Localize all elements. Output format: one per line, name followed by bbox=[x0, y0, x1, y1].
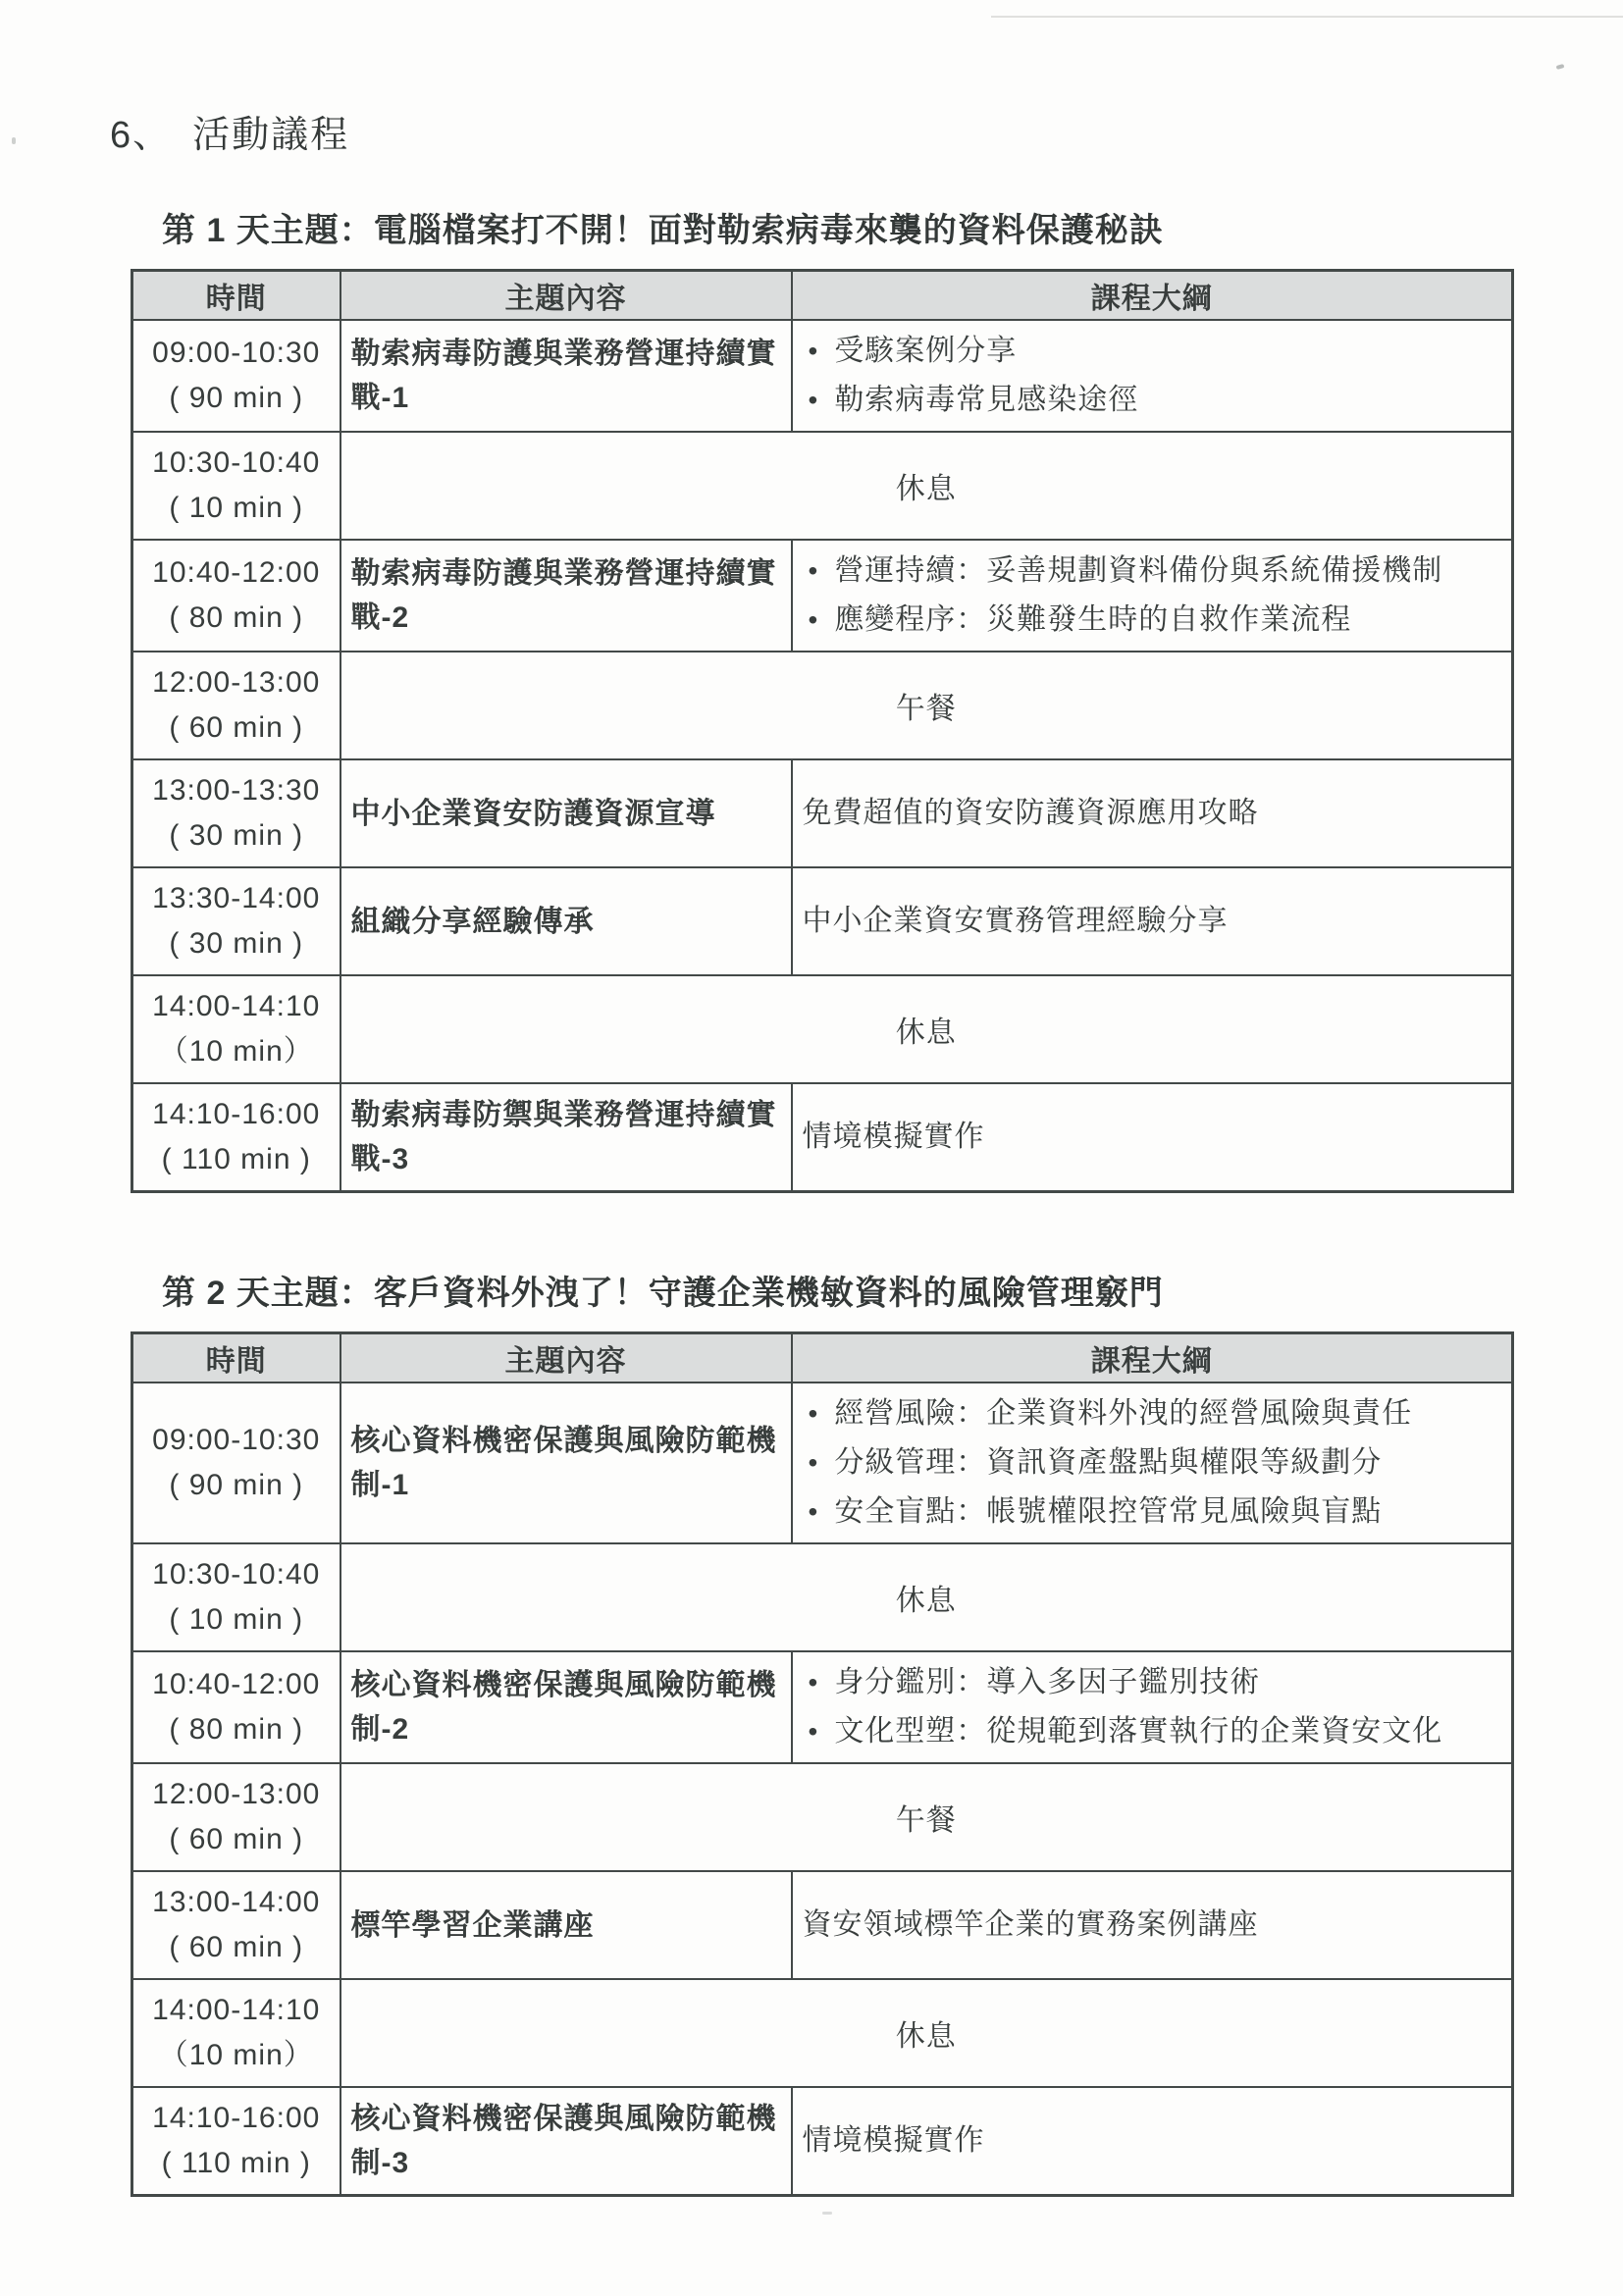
break-cell: 休息 bbox=[340, 1543, 1513, 1651]
time-range: 14:10-16:00 bbox=[143, 1092, 330, 1137]
column-header-topic: 主題內容 bbox=[340, 271, 792, 321]
break-cell: 休息 bbox=[340, 975, 1513, 1083]
time-cell: 10:40-12:00 ( 80 min ) bbox=[132, 1651, 340, 1763]
agenda-row: 14:10-16:00 ( 110 min ) 勒索病毒防禦與業務營運持續實戰-… bbox=[132, 1083, 1513, 1192]
time-cell: 13:30-14:00 ( 30 min ) bbox=[132, 867, 340, 975]
time-cell: 12:00-13:00 ( 60 min ) bbox=[132, 1763, 340, 1871]
time-cell: 13:00-14:00 ( 60 min ) bbox=[132, 1871, 340, 1979]
topic-cell: 勒索病毒防護與業務營運持續實戰-2 bbox=[340, 540, 792, 652]
day2-agenda-table: 時間 主題內容 課程大綱 09:00-10:30 ( 90 min ) 核心資料… bbox=[131, 1331, 1514, 2197]
time-duration: ( 60 min ) bbox=[143, 1817, 330, 1862]
day2-section: 第 2 天主題：客戶資料外洩了！守護企業機敏資料的風險管理竅門 時間 主題內容 … bbox=[110, 1266, 1511, 2197]
time-cell: 09:00-10:30 ( 90 min ) bbox=[132, 320, 340, 432]
time-duration: ( 10 min ) bbox=[143, 1597, 330, 1643]
time-duration: ( 30 min ) bbox=[143, 813, 330, 859]
outline-cell: 營運持續：妥善規劃資料備份與系統備援機制 應變程序：災難發生時的自救作業流程 bbox=[792, 540, 1513, 652]
topic-cell: 勒索病毒防禦與業務營運持續實戰-3 bbox=[340, 1083, 792, 1192]
time-range: 10:30-10:40 bbox=[143, 1552, 330, 1597]
time-duration: ( 60 min ) bbox=[143, 705, 330, 751]
topic-cell: 核心資料機密保護與風險防範機制-2 bbox=[340, 1651, 792, 1763]
topic-cell: 標竿學習企業講座 bbox=[340, 1871, 792, 1979]
agenda-row-break: 12:00-13:00 ( 60 min ) 午餐 bbox=[132, 652, 1513, 759]
column-header-topic: 主題內容 bbox=[340, 1333, 792, 1383]
break-cell: 休息 bbox=[340, 1979, 1513, 2087]
topic-cell: 中小企業資安防護資源宣導 bbox=[340, 759, 792, 867]
topic-cell: 組織分享經驗傳承 bbox=[340, 867, 792, 975]
time-duration: ( 110 min ) bbox=[143, 2141, 330, 2186]
agenda-row-break: 12:00-13:00 ( 60 min ) 午餐 bbox=[132, 1763, 1513, 1871]
outline-cell: 免費超值的資安防護資源應用攻略 bbox=[792, 759, 1513, 867]
outline-cell: 情境模擬實作 bbox=[792, 1083, 1513, 1192]
agenda-row: 09:00-10:30 ( 90 min ) 核心資料機密保護與風險防範機制-1… bbox=[132, 1383, 1513, 1543]
table-header-row: 時間 主題內容 課程大綱 bbox=[132, 1333, 1513, 1383]
column-header-time: 時間 bbox=[132, 271, 340, 321]
time-cell: 14:00-14:10 （10 min） bbox=[132, 975, 340, 1083]
outline-bullet: 經營風險：企業資料外洩的經營風險與責任 bbox=[803, 1389, 1502, 1438]
page-title: 6、 活動議程 bbox=[110, 104, 1511, 158]
time-duration: ( 90 min ) bbox=[143, 376, 330, 421]
time-range: 10:40-12:00 bbox=[143, 550, 330, 596]
agenda-row: 13:30-14:00 ( 30 min ) 組織分享經驗傳承 中小企業資安實務… bbox=[132, 867, 1513, 975]
outline-bullet: 勒索病毒常見感染途徑 bbox=[803, 376, 1502, 425]
time-duration: ( 10 min ) bbox=[143, 486, 330, 531]
day1-section: 第 1 天主題：電腦檔案打不開！面對勒索病毒來襲的資料保護秘訣 時間 主題內容 … bbox=[110, 203, 1511, 1193]
time-range: 13:00-14:00 bbox=[143, 1880, 330, 1925]
time-duration: ( 110 min ) bbox=[143, 1137, 330, 1182]
time-range: 09:00-10:30 bbox=[143, 331, 330, 376]
agenda-row: 09:00-10:30 ( 90 min ) 勒索病毒防護與業務營運持續實戰-1… bbox=[132, 320, 1513, 432]
time-range: 13:30-14:00 bbox=[143, 876, 330, 921]
topic-cell: 核心資料機密保護與風險防範機制-1 bbox=[340, 1383, 792, 1543]
scan-artifact-speck bbox=[822, 2212, 832, 2215]
agenda-row-break: 14:00-14:10 （10 min） 休息 bbox=[132, 975, 1513, 1083]
time-cell: 12:00-13:00 ( 60 min ) bbox=[132, 652, 340, 759]
time-range: 13:00-13:30 bbox=[143, 768, 330, 813]
break-cell: 午餐 bbox=[340, 652, 1513, 759]
outline-cell: 身分鑑別：導入多因子鑑別技術 文化型塑：從規範到落實執行的企業資安文化 bbox=[792, 1651, 1513, 1763]
agenda-row-break: 14:00-14:10 （10 min） 休息 bbox=[132, 1979, 1513, 2087]
time-duration: （10 min） bbox=[143, 1029, 330, 1074]
break-cell: 午餐 bbox=[340, 1763, 1513, 1871]
agenda-row: 13:00-14:00 ( 60 min ) 標竿學習企業講座 資安領域標竿企業… bbox=[132, 1871, 1513, 1979]
outline-cell: 資安領域標竿企業的實務案例講座 bbox=[792, 1871, 1513, 1979]
agenda-row: 10:40-12:00 ( 80 min ) 核心資料機密保護與風險防範機制-2… bbox=[132, 1651, 1513, 1763]
time-range: 10:30-10:40 bbox=[143, 441, 330, 486]
column-header-time: 時間 bbox=[132, 1333, 340, 1383]
outline-bullet: 應變程序：災難發生時的自救作業流程 bbox=[803, 596, 1502, 645]
time-cell: 14:10-16:00 ( 110 min ) bbox=[132, 2087, 340, 2196]
agenda-row: 10:40-12:00 ( 80 min ) 勒索病毒防護與業務營運持續實戰-2… bbox=[132, 540, 1513, 652]
table-header-row: 時間 主題內容 課程大綱 bbox=[132, 271, 1513, 321]
outline-bullet: 營運持續：妥善規劃資料備份與系統備援機制 bbox=[803, 547, 1502, 596]
scan-artifact-speck bbox=[12, 137, 16, 144]
day1-section-title: 第 1 天主題：電腦檔案打不開！面對勒索病毒來襲的資料保護秘訣 bbox=[162, 203, 1511, 269]
time-cell: 13:00-13:30 ( 30 min ) bbox=[132, 759, 340, 867]
outline-bullet: 受駭案例分享 bbox=[803, 327, 1502, 376]
time-range: 12:00-13:00 bbox=[143, 1772, 330, 1817]
time-duration: ( 30 min ) bbox=[143, 921, 330, 966]
time-range: 14:00-14:10 bbox=[143, 984, 330, 1029]
time-duration: ( 60 min ) bbox=[143, 1925, 330, 1970]
time-range: 10:40-12:00 bbox=[143, 1662, 330, 1707]
time-duration: （10 min） bbox=[143, 2033, 330, 2078]
agenda-row: 13:00-13:30 ( 30 min ) 中小企業資安防護資源宣導 免費超值… bbox=[132, 759, 1513, 867]
outline-bullet: 安全盲點：帳號權限控管常見風險與盲點 bbox=[803, 1487, 1502, 1537]
section-spacer bbox=[110, 1193, 1511, 1266]
time-cell: 10:40-12:00 ( 80 min ) bbox=[132, 540, 340, 652]
time-range: 12:00-13:00 bbox=[143, 660, 330, 705]
agenda-row-break: 10:30-10:40 ( 10 min ) 休息 bbox=[132, 432, 1513, 540]
outline-cell: 情境模擬實作 bbox=[792, 2087, 1513, 2196]
day1-agenda-table: 時間 主題內容 課程大綱 09:00-10:30 ( 90 min ) 勒索病毒… bbox=[131, 269, 1514, 1193]
document-page: 6、 活動議程 第 1 天主題：電腦檔案打不開！面對勒索病毒來襲的資料保護秘訣 … bbox=[0, 0, 1623, 2197]
time-duration: ( 90 min ) bbox=[143, 1463, 330, 1508]
topic-cell: 勒索病毒防護與業務營運持續實戰-1 bbox=[340, 320, 792, 432]
outline-cell: 受駭案例分享 勒索病毒常見感染途徑 bbox=[792, 320, 1513, 432]
time-duration: ( 80 min ) bbox=[143, 1707, 330, 1752]
time-cell: 14:00-14:10 （10 min） bbox=[132, 1979, 340, 2087]
topic-cell: 核心資料機密保護與風險防範機制-3 bbox=[340, 2087, 792, 2196]
time-range: 14:10-16:00 bbox=[143, 2096, 330, 2141]
outline-cell: 經營風險：企業資料外洩的經營風險與責任 分級管理：資訊資產盤點與權限等級劃分 安… bbox=[792, 1383, 1513, 1543]
day2-section-title: 第 2 天主題：客戶資料外洩了！守護企業機敏資料的風險管理竅門 bbox=[162, 1266, 1511, 1331]
time-cell: 09:00-10:30 ( 90 min ) bbox=[132, 1383, 340, 1543]
agenda-row: 14:10-16:00 ( 110 min ) 核心資料機密保護與風險防範機制-… bbox=[132, 2087, 1513, 2196]
scan-artifact-line bbox=[991, 16, 1623, 18]
time-cell: 10:30-10:40 ( 10 min ) bbox=[132, 432, 340, 540]
time-cell: 14:10-16:00 ( 110 min ) bbox=[132, 1083, 340, 1192]
column-header-outline: 課程大綱 bbox=[792, 271, 1513, 321]
outline-cell: 中小企業資安實務管理經驗分享 bbox=[792, 867, 1513, 975]
outline-bullet: 文化型塑：從規範到落實執行的企業資安文化 bbox=[803, 1707, 1502, 1756]
outline-bullet: 身分鑑別：導入多因子鑑別技術 bbox=[803, 1658, 1502, 1707]
time-range: 09:00-10:30 bbox=[143, 1418, 330, 1463]
break-cell: 休息 bbox=[340, 432, 1513, 540]
time-cell: 10:30-10:40 ( 10 min ) bbox=[132, 1543, 340, 1651]
time-range: 14:00-14:10 bbox=[143, 1988, 330, 2033]
time-duration: ( 80 min ) bbox=[143, 596, 330, 641]
agenda-row-break: 10:30-10:40 ( 10 min ) 休息 bbox=[132, 1543, 1513, 1651]
outline-bullet: 分級管理：資訊資產盤點與權限等級劃分 bbox=[803, 1438, 1502, 1487]
column-header-outline: 課程大綱 bbox=[792, 1333, 1513, 1383]
